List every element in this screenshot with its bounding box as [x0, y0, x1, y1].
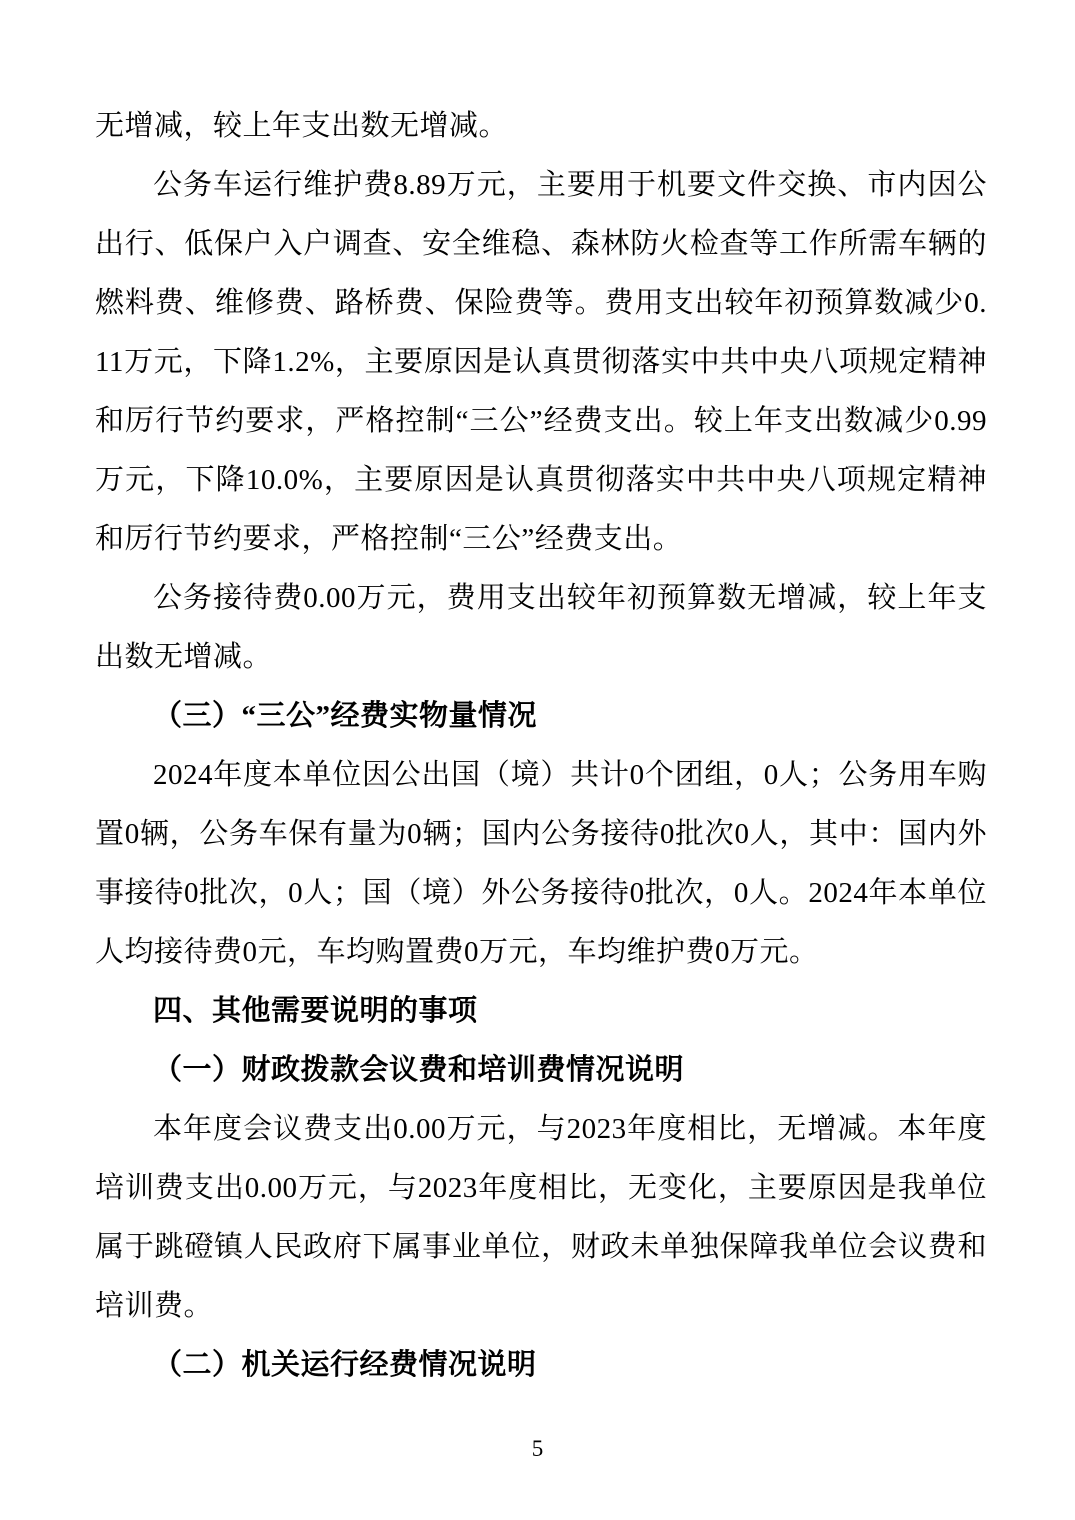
paragraph-carryover: 无增减，较上年支出数无增减。: [95, 97, 987, 156]
paragraph-official-reception: 公务接待费0.00万元，费用支出较年初预算数无增减，较上年支出数无增减。: [95, 569, 987, 687]
paragraph-official-vehicle-maintenance: 公务车运行维护费8.89万元，主要用于机要文件交换、市内因公出行、低保户入户调查…: [95, 156, 987, 569]
document-body: 无增减，较上年支出数无增减。 公务车运行维护费8.89万元，主要用于机要文件交换…: [95, 97, 987, 1395]
paragraph-physical-quantity-stats: 2024年度本单位因公出国（境）共计0个团组，0人；公务用车购置0辆，公务车保有…: [95, 746, 987, 982]
page-number: 5: [532, 1436, 544, 1461]
paragraph-meeting-training-fees: 本年度会议费支出0.00万元，与2023年度相比，无增减。本年度培训费支出0.0…: [95, 1100, 987, 1336]
heading-three-public-physical-quantity: （三）“三公”经费实物量情况: [95, 687, 987, 746]
heading-agency-operating-funds: （二）机关运行经费情况说明: [95, 1336, 987, 1395]
heading-meeting-training-fees: （一）财政拨款会议费和培训费情况说明: [95, 1041, 987, 1100]
heading-other-matters: 四、其他需要说明的事项: [95, 982, 987, 1041]
document-page: 无增减，较上年支出数无增减。 公务车运行维护费8.89万元，主要用于机要文件交换…: [0, 0, 1075, 1520]
page-footer: 5: [0, 1436, 1075, 1462]
